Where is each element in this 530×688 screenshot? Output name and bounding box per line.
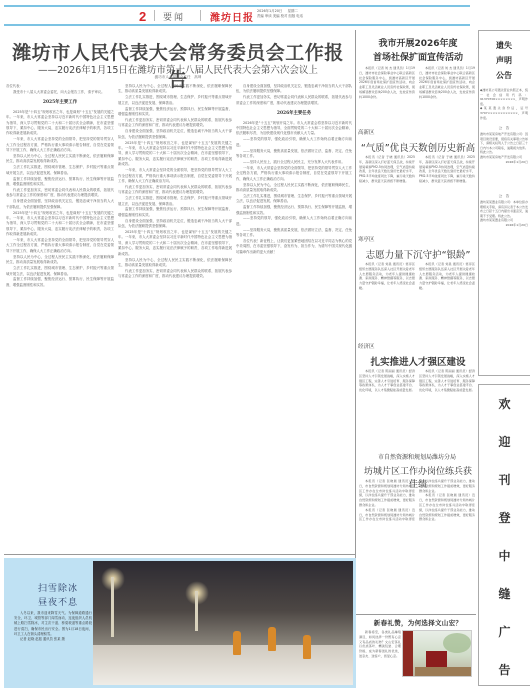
article-paragraph: ——坚持服务大局，聚焦高质量发展，依法做好立法、监督、决定、任免等各项工作。 (236, 149, 352, 160)
ad-title: 新春礼赞，为何选择文山宏？ (360, 618, 476, 627)
article-paragraph: 立法工作扎实推进，围绕城市管理、生态保护、乡村振兴等重点领域开展立法，以良法促进… (236, 194, 352, 205)
article-paragraph: 我受市十八届人大常委会委托，向大会报告工作，请予审议。 (6, 90, 114, 95)
lost-notices: ◆潍坊某公司遗失营业执照正本，统一社会信用代码：91370700××××××××… (480, 88, 528, 124)
story1-paragraph: 本报讯（记者 刘 杰 通讯员）1月19日，潍坊市社会保险事业中心联合高新区社会保… (359, 66, 415, 100)
masthead-divider (154, 10, 155, 21)
story2-paragraph: 本报讯（记者 于晓 通讯员）2025年，高新区深入打好蓝天保卫战，持续开展臭氧和… (419, 155, 475, 184)
page-number: 2 (139, 9, 146, 24)
section-name: 要闻 (163, 10, 185, 23)
vertical-ad-char: 登 (479, 499, 530, 537)
article-paragraph: ——坚持党的领导，强化政治引领，确保人大工作始终沿着正确方向前进。 (236, 137, 352, 148)
article-paragraph: 监督工作持续加强，聚焦经济运行、预算执行、民生保障等开展监督，增强监督刚性和实效… (236, 205, 352, 216)
story4-paragraph: 本报讯（记者 陈丽丽 通讯员）经济区坚持人才引领发展战略，深入实施人才强区工程，… (359, 369, 415, 393)
story3-body: 本报讯（记者 刘昊 通讯员）寒亭区组织志愿服务队伍深入社区开展关爱老年人志愿服务… (359, 262, 475, 336)
article-paragraph: 代表工作更加务实，密切常委会同代表和人民群众的联系，拓展代表参与常委会工作的深度… (236, 95, 352, 106)
vertical-ad-box: 欢 迎 刊 登 中 缝 广 告 (478, 384, 530, 686)
article-salutation: 各位代表： (6, 84, 114, 89)
article-paragraph: 代表工作更加务实，密切常委会同代表和人民群众的联系，拓展代表参与常委会工作的深度… (6, 188, 114, 199)
article-paragraph: 2025年是“十四五”规划收官之年，也是谋划“十五五”发展的关键之年。一年来，市… (6, 211, 114, 238)
story4-paragraph: 本报讯（记者 陈丽丽 通讯员）经济区坚持人才引领发展战略，深入实施人才强区工程，… (419, 369, 475, 393)
photo-credit: 记者 赵晓 赵振 通讯员 张某 摄 (14, 637, 92, 642)
story5-paragraph: 本报讯（记者 张晓晨 通讯员）近日，市自然资源和规划局潍坊分局坊城片区工作办在全… (419, 493, 475, 522)
photo-lamp-post (195, 591, 198, 631)
masthead-rule-bottom (4, 24, 470, 26)
article-paragraph: 监督工作持续加强，聚焦经济运行、预算执行、民生保障等开展监督，增强监督刚性和实效… (118, 107, 232, 118)
notice1-text: 潍坊市某某房地产开发有限公司：因项目建设需要，现将有关事项公告如下，请相关权利人… (480, 132, 528, 155)
lead-article-column-2: 坚持以人民为中心，全过程人民民主实践不断深化，依法履职保障民生，推动高质量发展取… (118, 84, 232, 552)
snow-title-line2: 昼夜不息 (18, 596, 98, 610)
story4-kicker: 经济区 (358, 342, 375, 350)
ad-photo-tea-gift (402, 630, 472, 677)
lead-article-byline: 潍坊市人大常委会主任 高坤 (8, 75, 348, 80)
photo-worker (233, 631, 241, 655)
vertical-ad-char: 刊 (479, 461, 530, 499)
vertical-ad-char: 欢 (479, 385, 530, 423)
article-paragraph: 自身建设全面加强，坚持政治机关定位，锻造忠诚干净担当的人大干部队伍，为依法履职提… (6, 199, 114, 210)
snow-clearing-photo (93, 561, 353, 685)
masthead: 2 要闻 潍坊日报 2026年1月20日 星期二 责编 审读 美编 校对 组版 … (0, 0, 530, 28)
article-paragraph: ——坚持人民至上，践行全过程人民民主，充分发挥人大代表作用。 (236, 160, 352, 165)
article-paragraph: 一年来，市人大常委会坚持党的全面领导，把坚持党的领导贯穿人大工作全过程各方面，严… (6, 238, 114, 254)
section-heading: 2026年主要任务 (236, 111, 352, 116)
notice2-title: 公 告 (480, 194, 528, 199)
vertical-ad-char: 中 (479, 537, 530, 575)
masthead-divider (200, 10, 201, 21)
masthead-rule-top (4, 5, 470, 7)
story2-kicker: 高新区 (358, 128, 375, 136)
notice-header-lost: 遗失 (478, 38, 530, 53)
issue-date: 2026年1月20日 (257, 9, 282, 13)
section-divider (4, 554, 355, 555)
article-paragraph: 一年来，市人大常委会坚持党的全面领导，把坚持党的领导贯穿人大工作全过程各方面，严… (118, 168, 232, 184)
article-paragraph: 2025年是“十四五”规划收官之年，也是谋划“十五五”发展的关键之年。一年来，市… (6, 110, 114, 137)
date-info: 2026年1月20日 星期二 责编 审读 美编 校对 组版 电话 (257, 9, 337, 19)
article-paragraph: 坚持以人民为中心，全过程人民民主实践不断深化，依法履职保障民生，推动高质量发展取… (236, 183, 352, 194)
article-paragraph: 监督工作持续加强，聚焦经济运行、预算执行、民生保障等开展监督，增强监督刚性和实效… (118, 207, 232, 218)
ad-divider (356, 614, 476, 615)
photo-gift-box (426, 651, 447, 667)
story2-paragraph: 本报讯（记者 于晓 通讯员）2025年，高新区深入打好蓝天保卫战，持续开展臭氧和… (359, 155, 415, 184)
notice-item: ◆潍坊某公司遗失营业执照正本，统一社会信用代码：91370700××××××××… (480, 88, 528, 106)
notice-item: ◆某某遗失身份证，证号3707××××××××××××，声明作废。 (480, 106, 528, 120)
article-paragraph: 2026年是“十五五”规划开局之年。市人大常委会将坚持以习近平新时代中国特色社会… (236, 121, 352, 137)
snow-feature-text: 入冬以来，我市迎来降雪天气。为保障道路通行安全，环卫、城管等部门闻雪而动，连夜组… (14, 611, 92, 642)
story1-title-line1: 我市开展2026年度 (360, 36, 476, 49)
story3-kicker: 寒亭区 (358, 235, 375, 243)
vertical-ad-char: 缝 (479, 575, 530, 613)
photo-curtain (403, 631, 413, 677)
article-paragraph: 一年来，市人大常委会坚持党的全面领导，把坚持党的领导贯穿人大工作全过程各方面，严… (236, 166, 352, 182)
article-paragraph: 代表工作更加务实，密切常委会同代表和人民群众的联系，拓展代表参与常委会工作的深度… (118, 269, 232, 280)
story2-body: 本报讯（记者 于晓 通讯员）2025年，高新区深入打好蓝天保卫战，持续开展臭氧和… (359, 155, 475, 229)
section-heading: 2025年主要工作 (6, 100, 114, 105)
article-paragraph: 立法工作扎实推进，围绕城市管理、生态保护、乡村振兴等重点领域开展立法，以良法促进… (118, 196, 232, 207)
article-paragraph: 立法工作扎实推进，围绕城市管理、生态保护、乡村振兴等重点领域开展立法，以良法促进… (6, 165, 114, 176)
article-paragraph: 坚持以人民为中心，全过程人民民主实践不断深化，依法履职保障民生，推动高质量发展取… (118, 84, 232, 95)
article-paragraph: 自身建设全面加强，坚持政治机关定位，锻造忠诚干净担当的人大干部队伍，为依法履职提… (118, 219, 232, 230)
story5-kicker: 市自然资源和规划局潍坊分局 (358, 452, 476, 461)
article-paragraph: 代表工作更加务实，密切常委会同代表和人民群众的联系，拓展代表参与常委会工作的深度… (118, 185, 232, 196)
ad-paragraph: 新春将至，各类礼品琳琅满目，如何选择一份既有心意又有品质的礼物？文山宏茶礼以优质… (359, 630, 401, 659)
story3-paragraph: 本报讯（记者 刘昊 通讯员）寒亭区组织志愿服务队伍深入社区开展关爱老年人志愿服务… (359, 262, 415, 291)
notice1-date: 2026年1月20日 (480, 160, 528, 165)
photo-worker (303, 635, 311, 659)
column-divider (355, 30, 356, 616)
lead-article-column-1: 各位代表： 我受市十八届人大常委会委托，向大会报告工作，请予审议。 2025年主… (6, 84, 114, 552)
snow-caption: 入冬以来，我市迎来降雪天气。为保障道路通行安全，环卫、城管等部门闻雪而动，连夜组… (14, 611, 92, 637)
story4-title: 扎实推进人才强区建设 (360, 354, 476, 368)
story5-paragraph: 本报讯（记者 张晓晨 通讯员）近日，市自然资源和规划局潍坊分局坊城片区工作办在全… (359, 479, 415, 508)
article-paragraph: 监督工作持续加强，聚焦经济运行、预算执行、民生保障等开展监督，增强监督刚性和实效… (6, 277, 114, 288)
ad-body: 新春将至，各类礼品琳琅满目，如何选择一份既有心意又有品质的礼物？文山宏茶礼以优质… (359, 630, 401, 686)
snow-title-line1: 扫雪除冰 (18, 582, 98, 596)
article-paragraph: 立法工作扎实推进，围绕城市管理、生态保护、乡村振兴等重点领域开展立法，以良法促进… (118, 95, 232, 106)
lead-article-column-3: 自身建设全面加强，坚持政治机关定位，锻造忠诚干净担当的人大干部队伍，为依法履职提… (236, 84, 352, 552)
story3-title: 志愿力量下沉守护“银龄” (360, 247, 476, 261)
article-paragraph: ——坚持服务大局，聚焦高质量发展，依法做好立法、监督、决定、任免等各项工作。 (236, 228, 352, 239)
article-paragraph: 坚持以人民为中心，全过程人民民主实践不断深化，依法履职保障民生，推动高质量发展取… (6, 255, 114, 266)
article-paragraph: 自身建设全面加强，坚持政治机关定位，锻造忠诚干净担当的人大干部队伍，为依法履职提… (118, 129, 232, 140)
editor-credits: 责编 审读 美编 校对 组版 电话 (257, 14, 337, 19)
paper-name: 潍坊日报 (210, 9, 254, 24)
vertical-ad-char: 告 (479, 651, 530, 688)
notice-header-declaration: 声明 (478, 53, 530, 68)
vertical-ad-char: 迎 (479, 423, 530, 461)
story1-paragraph: 本报讯（记者 刘 杰 通讯员）1月19日，潍坊市社会保险事业中心联合高新区社会保… (419, 66, 475, 100)
photo-lamp-post (111, 577, 114, 637)
story1-title-line2: 首场社保扩面宣传活动 (360, 50, 476, 63)
notice1-title: 公 告 (480, 126, 528, 131)
article-paragraph: 自身建设全面加强，坚持政治机关定位，锻造忠诚干净担当的人大干部队伍，为依法履职提… (236, 84, 352, 95)
lead-article-subtitle: ——2026年1月15日在潍坊市第十八届人民代表大会第六次会议上 (8, 62, 348, 76)
story2-title: “气质”优良天数创历史新高 (360, 140, 476, 154)
weekday: 星期二 (288, 9, 298, 13)
article-paragraph: 立法工作扎实推进，围绕城市管理、生态保护、乡村振兴等重点领域开展立法，以良法促进… (6, 266, 114, 277)
article-paragraph: 代表工作更加务实，密切常委会同代表和人民群众的联系，拓展代表参与常委会工作的深度… (118, 118, 232, 129)
article-paragraph: 一年来，市人大常委会坚持党的全面领导，把坚持党的领导贯穿人大工作全过程各方面，严… (6, 137, 114, 153)
article-paragraph: 坚持以人民为中心，全过程人民民主实践不断深化，依法履职保障民生，推动高质量发展取… (6, 154, 114, 165)
story1-body: 本报讯（记者 刘 杰 通讯员）1月19日，潍坊市社会保险事业中心联合高新区社会保… (359, 66, 475, 126)
article-paragraph: 2025年是“十四五”规划收官之年，也是谋划“十五五”发展的关键之年。一年来，市… (118, 141, 232, 168)
snow-feature-title: 扫雪除冰 昼夜不息 (18, 582, 98, 610)
vertical-ad-char: 广 (479, 613, 530, 651)
article-paragraph: ——坚持党的领导，强化政治引领，确保人大工作始终沿着正确方向前进。 (236, 216, 352, 227)
notice-header: 遗失 声明 公告 (478, 38, 530, 83)
photo-snow-ground (93, 645, 353, 685)
article-paragraph: 监督工作持续加强，聚焦经济运行、预算执行、民生保障等开展监督，增强监督刚性和实效… (6, 177, 114, 188)
story3-paragraph: 本报讯（记者 刘昊 通讯员）寒亭区组织志愿服务队伍深入社区开展关爱老年人志愿服务… (419, 262, 475, 291)
notice2-text: 潍坊某某置业有限公司：本单位拟办理相关手续，请有异议者于本公告发布之日起十五日内… (480, 200, 528, 218)
article-paragraph: 2025年是“十四五”规划收官之年，也是谋划“十五五”发展的关键之年。一年来，市… (118, 230, 232, 257)
notice1-body: 潍坊市某某房地产开发有限公司：因项目建设需要，现将有关事项公告如下，请相关权利人… (480, 132, 528, 190)
story4-body: 本报讯（记者 陈丽丽 通讯员）经济区坚持人才引领发展战略，深入实施人才强区工程，… (359, 369, 475, 449)
photo-worker (268, 627, 276, 651)
article-paragraph: 各位代表！新征程上，让我们更加紧密地团结在以习近平同志为核心的党中央周围，在市委… (236, 239, 352, 255)
photo-tree (443, 633, 471, 653)
notice2-date: 2026年1月20日 (480, 223, 528, 228)
story5-body: 本报讯（记者 张晓晨 通讯员）近日，市自然资源和规划局潍坊分局坊城片区工作办在全… (359, 479, 475, 611)
photo-table (415, 667, 472, 677)
article-paragraph: 坚持以人民为中心，全过程人民民主实践不断深化，依法履职保障民生，推动高质量发展取… (118, 258, 232, 269)
notice1-signer: 潍坊市某某房地产开发有限公司 (480, 155, 528, 160)
notice-header-announcement: 公告 (478, 68, 530, 83)
notice2-body: 潍坊某某置业有限公司：本单位拟办理相关手续，请有异议者于本公告发布之日起十五日内… (480, 200, 528, 262)
